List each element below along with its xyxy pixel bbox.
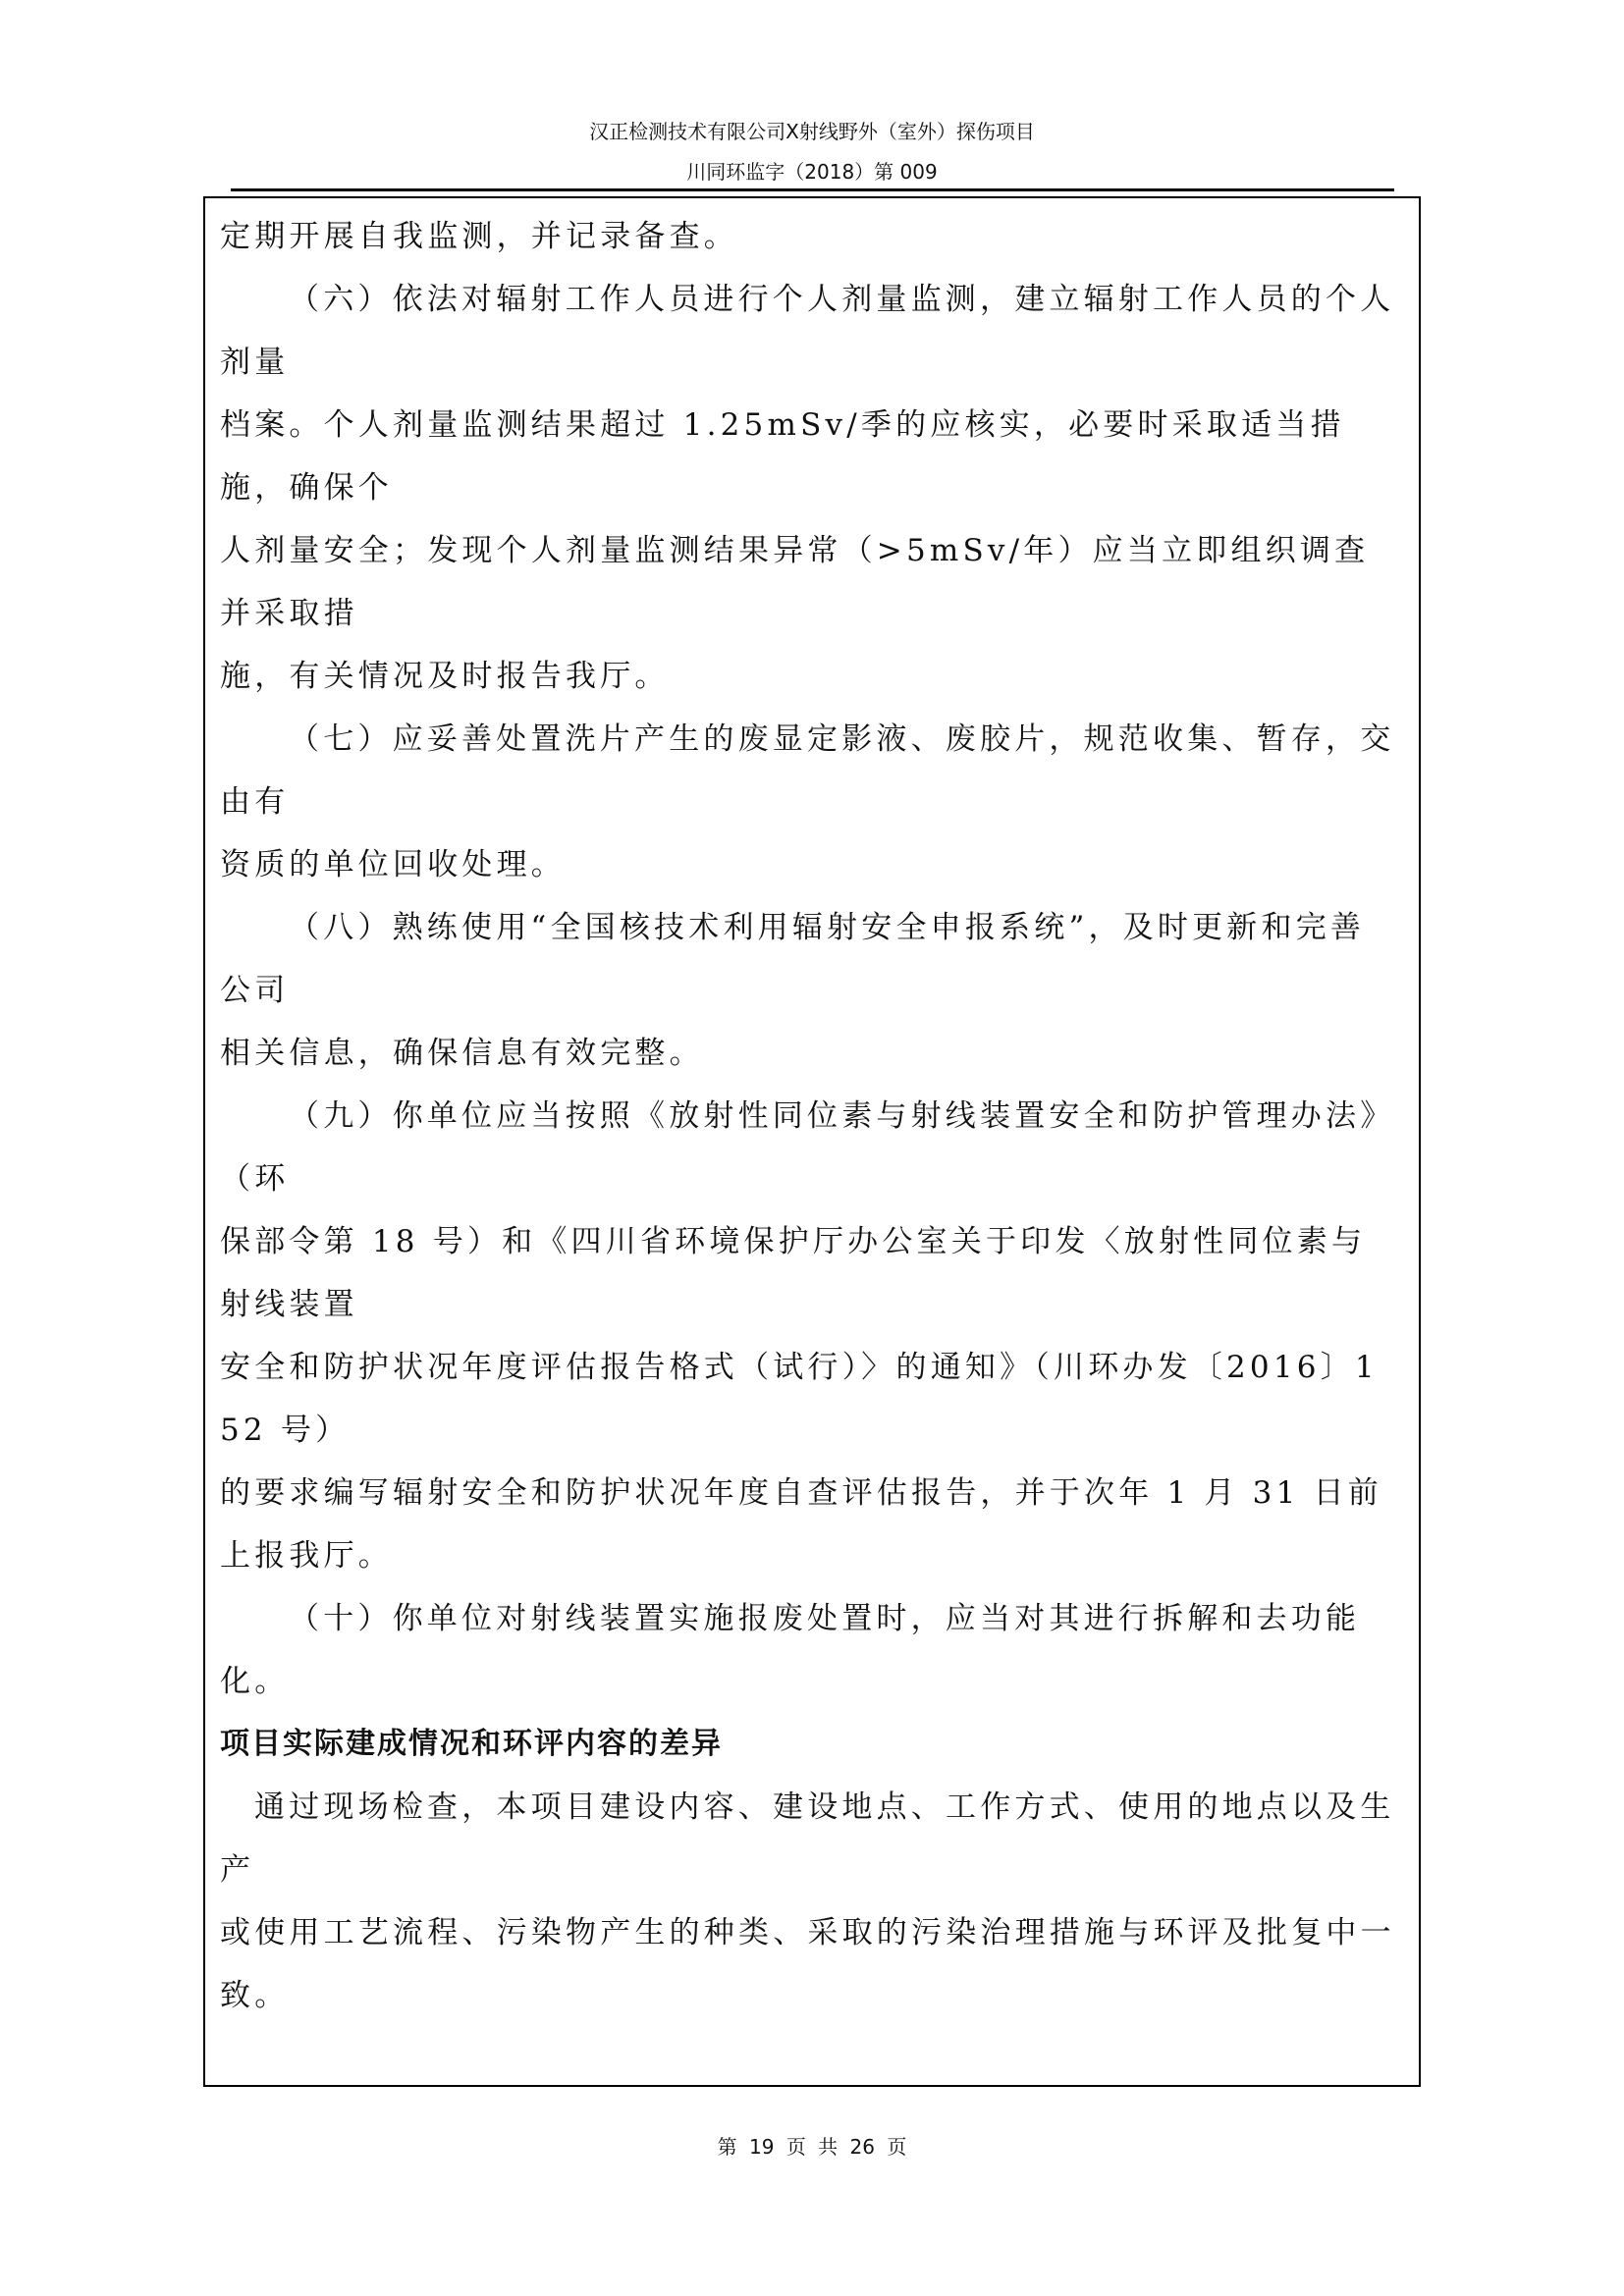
text-line: 人剂量安全；发现个人剂量监测结果异常（>5mSv/年）应当立即组织调查并采取措	[220, 533, 1369, 631]
text-line: 安全和防护状况年度评估报告格式（试行）〉的通知》（川环办发〔2016〕152 号…	[220, 1350, 1379, 1448]
text-line: （十）你单位对射线装置实施报废处置时，应当对其进行拆解和去功能化。	[220, 1601, 1360, 1699]
body-text: 定期开展自我监测，并记录备查。 （六）依法对辐射工作人员进行个人剂量监测，建立辐…	[220, 205, 1398, 2027]
header-divider	[231, 188, 1394, 191]
text-line: 相关信息，确保信息有效完整。	[220, 1036, 704, 1071]
paragraph-continuation: 定期开展自我监测，并记录备查。	[220, 205, 1398, 268]
content-box: 定期开展自我监测，并记录备查。 （六）依法对辐射工作人员进行个人剂量监测，建立辐…	[203, 196, 1421, 2087]
paragraph-item-6: （六）依法对辐射工作人员进行个人剂量监测，建立辐射工作人员的个人剂量档案。个人剂…	[220, 268, 1398, 708]
text-line: 或使用工艺流程、污染物产生的种类、采取的污染治理措施与环评及批复中一致。	[220, 1915, 1395, 2013]
paragraph-item-9: （九）你单位应当按照《放射性同位素与射线装置安全和防护管理办法》（环保部令第 1…	[220, 1085, 1398, 1587]
text-line: 施，有关情况及时报告我厅。	[220, 659, 670, 694]
text-line: 档案。个人剂量监测结果超过 1.25mSv/季的应核实，必要时采取适当措施，确保…	[220, 407, 1345, 506]
text-line: （七）应妥善处置洗片产生的废显定影液、废胶片，规范收集、暂存，交由有	[220, 721, 1394, 820]
text-line: （九）你单位应当按照《放射性同位素与射线装置安全和防护管理办法》（环	[220, 1098, 1394, 1197]
paragraph-item-8: （八）熟练使用“全国核技术利用辐射安全申报系统”，及时更新和完善公司相关信息，确…	[220, 896, 1398, 1085]
text-line: 保部令第 18 号）和《四川省环境保护厅办公室关于印发〈放射性同位素与射线装置	[220, 1224, 1366, 1322]
paragraph-item-10: （十）你单位对射线装置实施报废处置时，应当对其进行拆解和去功能化。	[220, 1587, 1398, 1713]
text-line: 定期开展自我监测，并记录备查。	[220, 219, 738, 254]
text-line: 资质的单位回收处理。	[220, 847, 566, 882]
document-number: 川同环监字（2018）第 009	[0, 160, 1624, 184]
document-header-title: 汉正检测技术有限公司X射线野外（室外）探伤项目	[0, 120, 1624, 143]
page-number-footer: 第 19 页 共 26 页	[0, 2135, 1624, 2159]
section-heading: 项目实际建成情况和环评内容的差异	[220, 1713, 1398, 1776]
section-paragraph: 通过现场检查，本项目建设内容、建设地点、工作方式、使用的地点以及生产或使用工艺流…	[220, 1776, 1398, 2027]
text-line: 通过现场检查，本项目建设内容、建设地点、工作方式、使用的地点以及生产	[220, 1789, 1395, 1888]
text-line: （六）依法对辐射工作人员进行个人剂量监测，建立辐射工作人员的个人剂量	[220, 282, 1394, 380]
text-line: 的要求编写辐射安全和防护状况年度自查评估报告，并于次年 1 月 31 日前上报我…	[220, 1475, 1382, 1574]
text-line: （八）熟练使用“全国核技术利用辐射安全申报系统”，及时更新和完善公司	[220, 910, 1365, 1008]
paragraph-item-7: （七）应妥善处置洗片产生的废显定影液、废胶片，规范收集、暂存，交由有资质的单位回…	[220, 708, 1398, 896]
